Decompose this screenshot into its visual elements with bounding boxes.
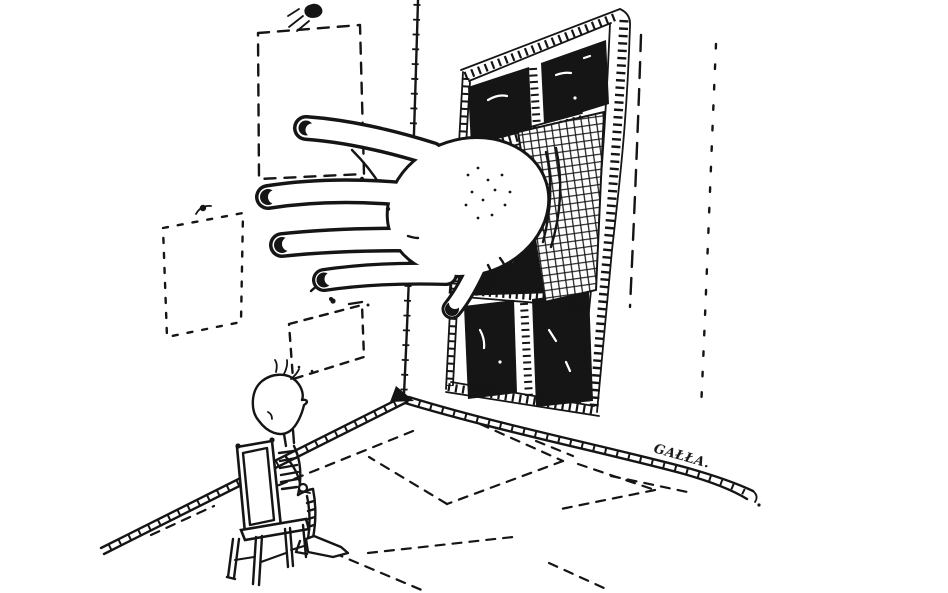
person-shin — [313, 489, 315, 538]
empty-picture-outline-3 — [289, 305, 364, 379]
picture-nail-2 — [196, 205, 211, 214]
picture-nail-1 — [288, 4, 322, 31]
person-head — [253, 375, 307, 434]
empty-picture-outline-2 — [163, 213, 243, 337]
empty-picture-outline-1 — [258, 25, 364, 179]
chair — [227, 437, 309, 585]
window-pane-bottom-left — [464, 300, 517, 399]
cartoon-canvas: GAŁŁA. — [0, 0, 948, 593]
window-side-dashes — [630, 35, 716, 409]
cartoon-illustration: GAŁŁA. — [0, 0, 948, 593]
person-shoe — [306, 536, 348, 557]
corner-floor-wedge — [390, 386, 414, 402]
window-pane-bottom-right — [532, 292, 593, 407]
